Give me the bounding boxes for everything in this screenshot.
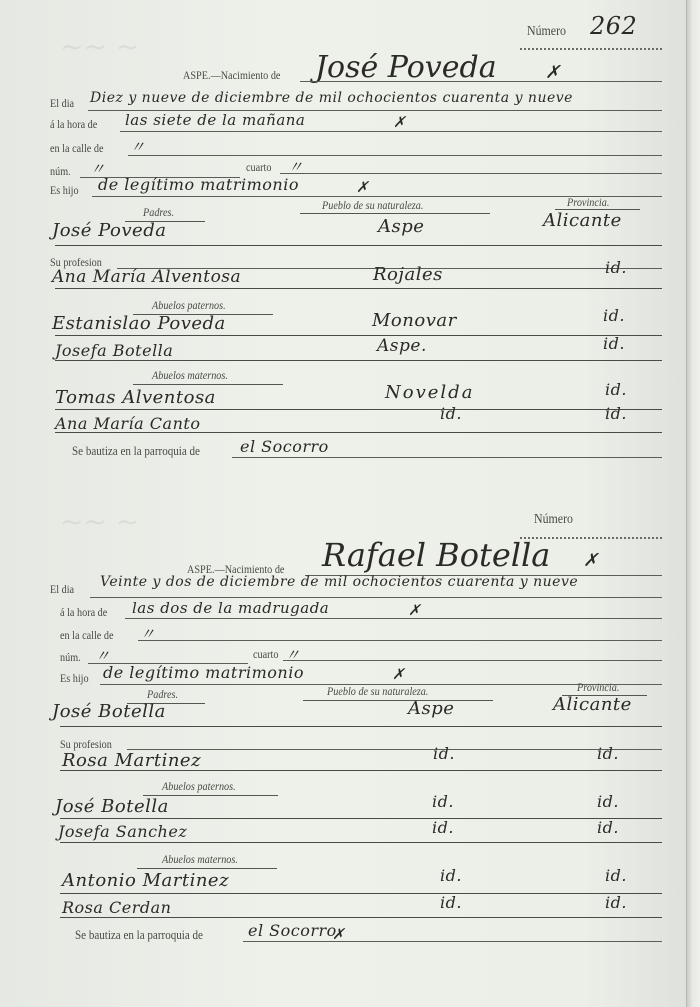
- town-label: ASPE.—Nacimiento de: [183, 68, 280, 83]
- cross-mark: ✗: [392, 665, 405, 683]
- cross-mark: ✗: [545, 62, 561, 83]
- abuelos-paternos-header: Abuelos paternos.: [162, 779, 236, 794]
- rule: [60, 770, 662, 771]
- parroquia-value: el Socorro: [248, 921, 337, 940]
- abuela-pueblo: id.: [440, 893, 462, 912]
- abuelo-provincia: id.: [597, 792, 619, 811]
- calle-label: en la calle de: [60, 628, 114, 643]
- rule: [55, 335, 662, 336]
- abuela-nombre: Rosa Cerdan: [62, 898, 171, 917]
- rule: [125, 618, 662, 619]
- madre-pueblo: Rojales: [373, 264, 443, 285]
- pueblo-header: Pueblo de su naturaleza.: [322, 198, 423, 213]
- calle-label: en la calle de: [50, 141, 104, 156]
- bautiza-label: Se bautiza en la parroquia de: [75, 927, 203, 943]
- rule: [60, 842, 662, 843]
- birth-date: Diez y nueve de diciembre de mil ochocie…: [90, 90, 573, 106]
- bleed-through: ~~ ~: [60, 505, 139, 538]
- abuelo-provincia: id.: [605, 866, 627, 885]
- abuelos-maternos-header: Abuelos maternos.: [162, 852, 238, 867]
- birth-date: Veinte y dos de diciembre de mil ochocie…: [100, 574, 578, 590]
- el-dia-label: El dia: [50, 582, 74, 597]
- birth-hour: las dos de la madrugada: [132, 599, 329, 617]
- rule: [55, 245, 662, 246]
- es-hijo-label: Es hijo: [50, 183, 79, 198]
- abuelo-nombre: Tomas Alventosa: [55, 387, 216, 408]
- rule: [60, 726, 662, 727]
- hora-label: á la hora de: [50, 117, 97, 132]
- rule: [280, 173, 662, 174]
- rule: [60, 818, 662, 819]
- abuelo-pueblo: id.: [440, 866, 462, 885]
- abuela-pueblo: id.: [432, 818, 454, 837]
- provincia-header: Provincia.: [577, 680, 619, 695]
- abuela-provincia: id.: [597, 818, 619, 837]
- rule: [283, 660, 662, 661]
- madre-provincia: id.: [597, 744, 619, 763]
- abuelos-paternos-header: Abuelos paternos.: [152, 298, 226, 313]
- filiation: de legítimo matrimonio: [98, 175, 299, 194]
- cross-mark: ✗: [356, 178, 369, 196]
- page-edge: [686, 0, 700, 1007]
- abuelo-pueblo: Novelda: [385, 382, 474, 403]
- rule: [60, 917, 662, 918]
- birth-hour: las siete de la mañana: [125, 111, 305, 129]
- rule: [120, 131, 662, 132]
- rule: [55, 288, 662, 289]
- padre-provincia: Alicante: [553, 694, 632, 715]
- provincia-header: Provincia.: [567, 195, 609, 210]
- hora-label: á la hora de: [60, 605, 107, 620]
- parroquia-value: el Socorro: [240, 437, 329, 456]
- calle-value: 〃: [130, 136, 146, 157]
- header-rule: [133, 384, 283, 385]
- header-rule: [300, 213, 490, 214]
- cross-mark: ✗: [583, 550, 599, 571]
- abuela-pueblo: Aspe.: [377, 336, 427, 356]
- bautiza-label: Se bautiza en la parroquia de: [72, 443, 200, 459]
- abuela-provincia: id.: [605, 893, 627, 912]
- abuelo-nombre: Antonio Martinez: [62, 870, 229, 891]
- abuelos-maternos-header: Abuelos maternos.: [152, 368, 228, 383]
- register-page: ~~ ~ ~~ ~ Número 262 ASPE.—Nacimiento de…: [0, 0, 686, 1007]
- cross-mark: ✗: [408, 601, 421, 619]
- abuelo-pueblo: Monovar: [372, 310, 457, 331]
- pueblo-header: Pueblo de su naturaleza.: [327, 684, 428, 699]
- num-label: núm.: [60, 650, 81, 665]
- header-rule: [303, 700, 493, 701]
- padre-nombre: José Poveda: [52, 220, 166, 241]
- child-name: Rafael Botella: [322, 536, 550, 574]
- rule: [128, 155, 662, 156]
- padre-pueblo: Aspe: [378, 216, 424, 237]
- cuarto-value: 〃: [285, 644, 301, 665]
- abuelo-provincia: id.: [603, 306, 625, 325]
- madre-nombre: Ana María Alventosa: [52, 267, 241, 287]
- rule: [127, 749, 662, 750]
- madre-pueblo: id.: [433, 744, 455, 763]
- rule: [90, 597, 662, 598]
- abuela-nombre: Josefa Sanchez: [58, 822, 187, 841]
- rule: [60, 893, 662, 894]
- abuela-pueblo: id.: [440, 404, 462, 423]
- bleed-through: ~~ ~: [60, 30, 139, 63]
- rule: [232, 457, 662, 458]
- numero-label: Número: [527, 24, 566, 40]
- padres-header: Padres.: [147, 687, 178, 702]
- madre-provincia: id.: [605, 258, 627, 277]
- child-name: José Poveda: [315, 50, 497, 85]
- rule: [243, 941, 662, 942]
- abuelo-provincia: id.: [605, 380, 627, 399]
- rule: [138, 640, 662, 641]
- header-rule: [137, 868, 277, 869]
- cuarto-label: cuarto: [253, 647, 278, 662]
- padres-header: Padres.: [143, 205, 174, 220]
- padre-nombre: José Botella: [52, 701, 166, 722]
- rule: [300, 81, 662, 82]
- num-label: núm.: [50, 164, 71, 179]
- rule: [55, 360, 662, 361]
- abuelo-nombre: José Botella: [55, 796, 169, 817]
- rule: [55, 409, 662, 410]
- cuarto-label: cuarto: [246, 160, 271, 175]
- numero-value: 262: [590, 12, 637, 40]
- abuela-provincia: id.: [605, 404, 627, 423]
- numero-label: Número: [534, 512, 573, 528]
- padre-pueblo: Aspe: [408, 698, 454, 719]
- el-dia-label: El dia: [50, 96, 74, 111]
- filiation: de legítimo matrimonio: [103, 663, 304, 682]
- cross-mark: ✗: [393, 113, 406, 131]
- es-hijo-label: Es hijo: [60, 671, 89, 686]
- padre-provincia: Alicante: [543, 210, 622, 231]
- abuela-nombre: Ana María Canto: [55, 414, 200, 433]
- numero-dotted-line: [520, 48, 662, 50]
- abuela-nombre: Josefa Botella: [55, 341, 173, 360]
- rule: [55, 432, 662, 433]
- abuelo-pueblo: id.: [432, 792, 454, 811]
- madre-nombre: Rosa Martinez: [62, 750, 201, 771]
- abuela-provincia: id.: [603, 334, 625, 353]
- abuelo-nombre: Estanislao Poveda: [52, 313, 226, 334]
